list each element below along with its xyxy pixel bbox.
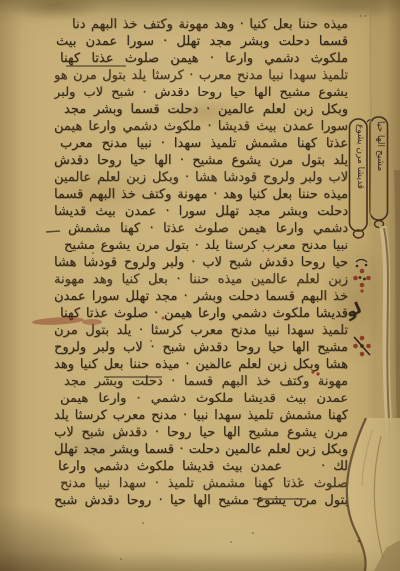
manuscript-text-line: صلوث عذتا كهنا مشمش تلميذ · سهدا نبيا مد…	[54, 475, 348, 492]
cartouche-text-inner: مشيح الها حيا	[372, 121, 388, 217]
manuscript-text-line: مهونة وكتف خذ البهم قسما · دحلت وبشر مجد…	[54, 373, 348, 390]
manuscript-text-line: ملكوث دشمي وارعا · هيمن صلوث عذتا كهنا م…	[54, 50, 348, 67]
cartouche-text-outer: قديشا مرن يشوع	[352, 124, 368, 228]
manuscript-text-line: بتول مرن يشوع مشيح الها حيا · روحا دقدش …	[54, 492, 348, 509]
manuscript-text-line: نبيا مدنح معرب كرسثا يلد · بتول مرن يشوع…	[54, 237, 348, 253]
manuscript-text-line: سورا عمدن بيث قديشا · ملكوث دشمي وارعا ه…	[54, 118, 348, 135]
text-block: ميذه حننا بعل كنيا · وهد مهونة وكتف خذ ا…	[54, 16, 348, 509]
manuscript-text-line: وبكل زبن لعلم عالمين دحلت · قسما وبشر مج…	[54, 441, 348, 458]
ink-specks	[0, 0, 2, 2]
manuscript-page: ميذه حننا بعل كنيا · وهد مهونة وكتف خذ ا…	[0, 0, 400, 571]
manuscript-text-line: كهنا مشمش تلميذ سهدا نبيا · مدنح معرب كر…	[54, 407, 348, 424]
manuscript-text-line: قديشا ملكوث دشمي وارعا هيمن · صلوث عذتا …	[54, 305, 348, 322]
manuscript-text-line: عذتا كهنا مشمش تلميذ سهدا · نبيا مدنح مع…	[54, 135, 348, 152]
manuscript-text-line: هشا وبكل زبن لعلم عالمين · ميذه حننا بعل…	[54, 356, 348, 373]
manuscript-text-line: زبن لعلم عالمين ميذه حننا · بعل كنيا وهد…	[54, 271, 348, 288]
manuscript-text-line: ميذه حننا بعل كنيا وهد · مهونة وكتف خذ ا…	[54, 186, 348, 203]
manuscript-text-line: دشمي وارعا هيمن صلوث عذتا · كهنا مشمش تل…	[54, 220, 348, 237]
margin-cartouche: قديشا مرن يشوع مشيح الها حيا	[347, 114, 393, 240]
manuscript-text-line: عمدن بيث قديشا ملكوث دشمي · وارعا هيمن ص…	[54, 390, 348, 406]
manuscript-text-line: دحلت وبشر مجد تهلل سورا · عمدن بيث قديشا…	[54, 203, 348, 220]
manuscript-text-line: يلد بتول مرن يشوع مشيح · الها حيا روحا د…	[54, 152, 348, 169]
page-right-edge	[366, 0, 400, 571]
manuscript-text-line: حيا روحا دقدش شبح لاب · ولبر ولروح قودشا…	[54, 254, 348, 271]
manuscript-text-line: قسما دحلت وبشر مجد تهلل · سورا عمدن بيث …	[54, 33, 348, 50]
manuscript-text-line: تلميذ سهدا نبيا مدنح معرب كرسثا · يلد بت…	[54, 322, 348, 339]
manuscript-text-line: لاب ولبر ولروح قودشا هشا · وبكل زبن لعلم…	[54, 169, 348, 186]
manuscript-text-line: لك · عمدن بيث قديشا ملكوث دشمي وارعا هيم…	[54, 458, 348, 475]
manuscript-text-line: ميذه حننا بعل كنيا · وهد مهونة وكتف خذ ا…	[54, 16, 348, 33]
cartouche-scallop-right	[375, 221, 384, 228]
manuscript-text-line: خذ البهم قسما دحلت وبشر · مجد تهلل سورا …	[54, 288, 348, 305]
manuscript-text-line: مشيح الها حيا روحا دقدش شبح · لاب ولبر و…	[54, 339, 348, 356]
margin-top-mark: ··	[359, 12, 369, 22]
manuscript-text-line: مرن يشوع مشيح الها حيا روحا · دقدش شبح ل…	[54, 424, 348, 441]
manuscript-text-line: وبكل زبن لعلم عالمين · دحلت قسما وبشر مج…	[54, 101, 348, 118]
manuscript-text-line: يشوع مشيح الها حيا روحا دقدش · شبح لاب و…	[54, 84, 348, 100]
manuscript-text-line: تلميذ سهدا نبيا مدنح معرب · كرسثا يلد بت…	[54, 67, 348, 84]
